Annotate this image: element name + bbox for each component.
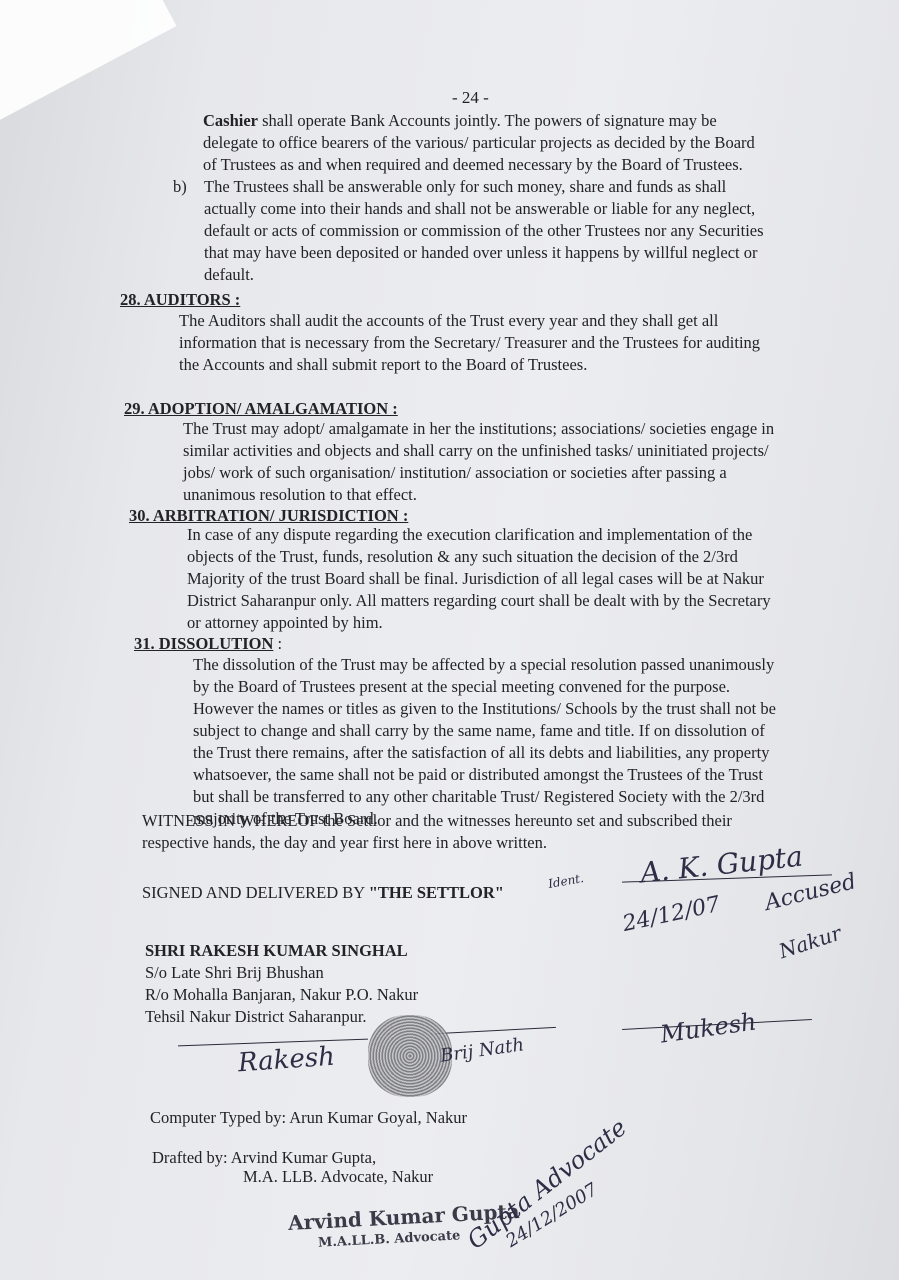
item-b-marker: b) (173, 176, 187, 198)
section-heading-arbitration: 30. ARBITRATION/ JURISDICTION : (129, 506, 408, 526)
drafted-by-line2: M.A. LLB. Advocate, Nakur (243, 1167, 433, 1187)
witness-clause: WITNESS IN WHEREOF the Settlor and the w… (142, 810, 732, 854)
settlor-name: SHRI RAKESH KUMAR SINGHAL (145, 941, 408, 961)
section-body-auditors: The Auditors shall audit the accounts of… (179, 310, 760, 376)
section-body-dissolution: The dissolution of the Trust may be affe… (193, 654, 776, 830)
section-heading-adoption: 29. ADOPTION/ AMALGAMATION : (124, 399, 398, 419)
clause-27-continuation: Cashier shall operate Bank Accounts join… (203, 110, 755, 176)
drafted-by-line1: Drafted by: Arvind Kumar Gupta, (152, 1148, 376, 1168)
section-heading-auditors: 28. AUDITORS : (120, 290, 240, 310)
section-heading-dissolution: 31. DISSOLUTION : (134, 634, 282, 654)
item-b-text: The Trustees shall be answerable only fo… (204, 176, 764, 286)
section-body-arbitration: In case of any dispute regarding the exe… (187, 524, 771, 634)
signed-delivered: SIGNED AND DELIVERED BY "THE SETTLOR" (142, 883, 504, 903)
page-number: - 24 - (452, 88, 489, 108)
section-body-adoption: The Trust may adopt/ amalgamate in her t… (183, 418, 774, 506)
settlor-address: S/o Late Shri Brij Bhushan R/o Mohalla B… (145, 962, 418, 1028)
typed-by: Computer Typed by: Arun Kumar Goyal, Nak… (150, 1108, 467, 1128)
cashier-term: Cashier (203, 111, 258, 130)
